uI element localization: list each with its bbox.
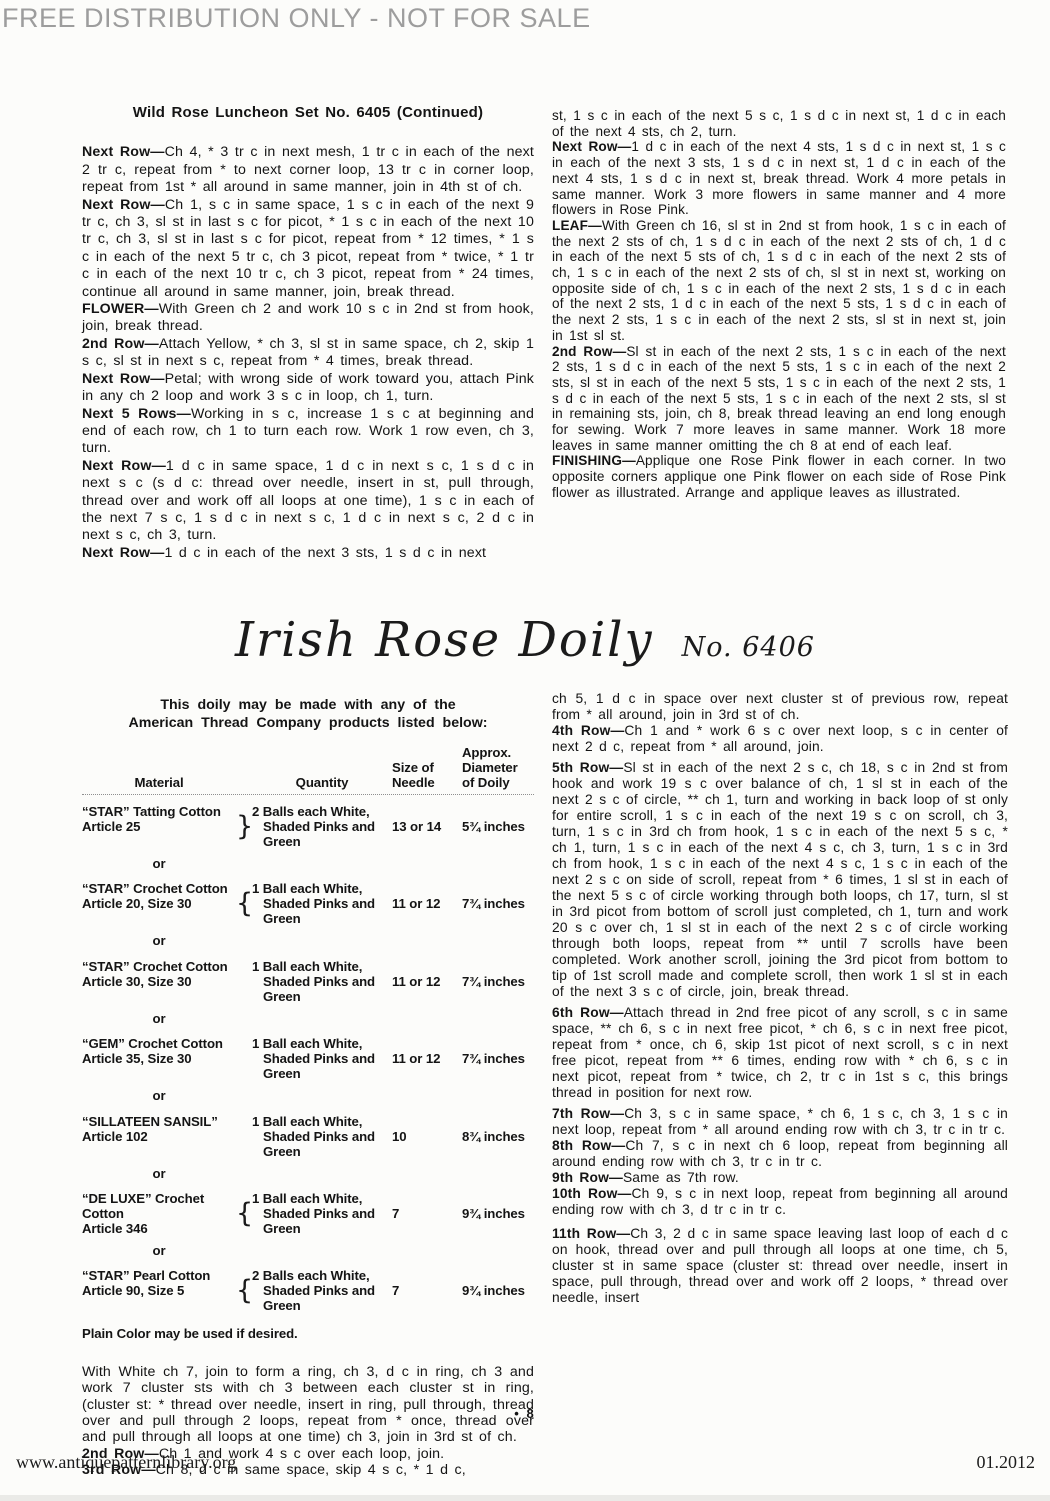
- pattern-paragraph: Next Row—Ch 4, * 3 tr c in next mesh, 1 …: [82, 144, 534, 196]
- pattern-paragraph: Next Row—1 d c in each of the next 3 sts…: [82, 545, 534, 562]
- paragraph-lead: 11th Row—: [552, 1226, 630, 1241]
- pattern-paragraph: 5th Row—Sl st in each of the next 2 s c,…: [552, 760, 1008, 1000]
- or-separator: or: [82, 1166, 236, 1182]
- paragraph-text: Same as 7th row.: [623, 1170, 739, 1185]
- material-cell: “DE LUXE” Crochet CottonArticle 346: [82, 1191, 236, 1236]
- pattern-paragraph: 2nd Row—Sl st in each of the next 2 sts,…: [552, 344, 1006, 454]
- brace-glyph: {: [236, 1199, 252, 1229]
- material-article: Article 35, Size 30: [82, 1051, 236, 1066]
- pattern-paragraph: 10th Row—Ch 9, s c in next loop, repeat …: [552, 1186, 1008, 1218]
- needle-cell: 11 or 12: [392, 974, 462, 989]
- materials-intro-line1: This doily may be made with any of the: [82, 697, 534, 715]
- brace-glyph: {: [236, 889, 252, 919]
- needle-cell: 13 or 14: [392, 819, 462, 834]
- quantity-line1: 1 Ball each White,: [252, 1036, 392, 1051]
- quantity-line1: 1 Ball each White,: [252, 1114, 392, 1129]
- material-cell: “STAR” Pearl CottonArticle 90, Size 5: [82, 1268, 236, 1298]
- pattern-paragraph: FLOWER—With Green ch 2 and work 10 s c i…: [82, 301, 534, 336]
- paragraph-text: 1 d c in each of the next 3 sts, 1 s d c…: [164, 545, 486, 561]
- material-name: “STAR” Crochet Cotton: [82, 881, 236, 896]
- paragraph-lead: Next Row—: [82, 458, 166, 474]
- quantity-cell: 1 Ball each White,Shaded Pinks and Green: [252, 959, 392, 1004]
- materials-table: Material Quantity Size of Needle Approx.…: [82, 745, 534, 1313]
- paragraph-lead: 10th Row—: [552, 1186, 631, 1201]
- pattern-paragraph: Next Row—1 d c in same space, 1 d c in n…: [82, 458, 534, 545]
- quantity-line1: 1 Ball each White,: [252, 959, 392, 974]
- material-name: “STAR” Crochet Cotton: [82, 959, 236, 974]
- paragraph-text: st, 1 s c in each of the next 5 s c, 1 s…: [552, 108, 1006, 139]
- paragraph-text: With White ch 7, join to form a ring, ch…: [82, 1364, 534, 1446]
- diameter-header-line1: Approx.: [462, 745, 534, 760]
- brace-glyph: }: [236, 812, 252, 842]
- paragraph-lead: 6th Row—: [552, 1005, 624, 1020]
- material-article: Article 25: [82, 819, 236, 834]
- material-name: “SILLATEEN SANSIL”: [82, 1114, 236, 1129]
- paragraph-lead: Next Row—: [82, 144, 165, 160]
- column-header-material: Material: [82, 775, 236, 790]
- quantity-cell: 2 Balls each White,Shaded Pinks and Gree…: [252, 1268, 392, 1313]
- column-header-needle: Size of Needle: [392, 760, 462, 790]
- material-name: “STAR” Tatting Cotton: [82, 804, 236, 819]
- pattern-paragraph: 7th Row—Ch 3, s c in same space, * ch 6,…: [552, 1106, 1008, 1138]
- or-separator: or: [82, 1088, 236, 1104]
- diameter-header-line3: of Doily: [462, 775, 534, 790]
- quantity-line2: Shaded Pinks and Green: [252, 1051, 392, 1081]
- scan-bottom-edge: [0, 1495, 1050, 1501]
- quantity-cell: 1 Ball each White,Shaded Pinks and Green: [252, 1036, 392, 1081]
- paragraph-text: With Green ch 16, sl st in 2nd st from h…: [552, 218, 1006, 343]
- quantity-line2: Shaded Pinks and Green: [252, 974, 392, 1004]
- needle-cell: 7: [392, 1283, 462, 1298]
- needle-cell: 11 or 12: [392, 1051, 462, 1066]
- material-name: “DE LUXE” Crochet Cotton: [82, 1191, 236, 1221]
- column-right-6406: ch 5, 1 d c in space over next cluster s…: [552, 691, 1008, 1306]
- paragraph-lead: 4th Row—: [552, 723, 624, 738]
- pattern-paragraph: 8th Row—Ch 7, s c in next ch 6 loop, rep…: [552, 1138, 1008, 1170]
- or-separator: or: [82, 1011, 236, 1027]
- pattern-paragraph: 4th Row—Ch 1 and * work 6 s c over next …: [552, 723, 1008, 755]
- paragraph-text: Sl st in each of the next 2 sts, 1 s c i…: [552, 344, 1006, 453]
- or-separator: or: [82, 1243, 236, 1259]
- quantity-line2: Shaded Pinks and Green: [252, 896, 392, 926]
- table-row: “SILLATEEN SANSIL”Article 102 1 Ball eac…: [82, 1114, 534, 1159]
- material-article: Article 30, Size 30: [82, 974, 236, 989]
- paragraph-lead: Next Row—: [82, 545, 164, 561]
- table-row: “DE LUXE” Crochet CottonArticle 346 { 1 …: [82, 1191, 534, 1236]
- material-article: Article 102: [82, 1129, 236, 1144]
- material-article: Article 20, Size 30: [82, 896, 236, 911]
- paragraph-lead: 2nd Row—: [82, 336, 159, 352]
- quantity-cell: 1 Ball each White,Shaded Pinks and Green: [252, 1114, 392, 1159]
- paragraph-lead: 2nd Row—: [552, 344, 626, 359]
- table-row: “STAR” Pearl CottonArticle 90, Size 5 { …: [82, 1268, 534, 1313]
- diameter-cell: 8¾ inches: [462, 1129, 534, 1144]
- pattern-paragraph: 2nd Row—Attach Yellow, * ch 3, sl st in …: [82, 336, 534, 371]
- pattern-paragraph: FINISHING—Applique one Rose Pink flower …: [552, 453, 1006, 500]
- paragraph-lead: 5th Row—: [552, 760, 623, 775]
- material-cell: “SILLATEEN SANSIL”Article 102: [82, 1114, 236, 1144]
- pattern-paragraph: With White ch 7, join to form a ring, ch…: [82, 1364, 534, 1446]
- column-header-quantity: Quantity: [252, 775, 392, 790]
- quantity-line2: Shaded Pinks and Green: [252, 819, 392, 849]
- quantity-cell: 1 Ball each White,Shaded Pinks and Green: [252, 881, 392, 926]
- column-left-6406: This doily may be made with any of the A…: [82, 697, 534, 1479]
- page-number: • 8: [0, 1406, 1050, 1421]
- footer-site-url: www.antiquepatternlibrary.org: [16, 1452, 236, 1473]
- paragraph-lead: Next Row—: [82, 197, 165, 213]
- material-cell: “STAR” Crochet CottonArticle 30, Size 30: [82, 959, 236, 989]
- material-cell: “STAR” Tatting CottonArticle 25: [82, 804, 236, 834]
- pattern-paragraph: Next Row—Petal; with wrong side of work …: [82, 371, 534, 406]
- diameter-header-line2: Diameter: [462, 760, 534, 775]
- paragraph-lead: 7th Row—: [552, 1106, 624, 1121]
- pattern-paragraph: 9th Row—Same as 7th row.: [552, 1170, 1008, 1186]
- quantity-line2: Shaded Pinks and Green: [252, 1129, 392, 1159]
- quantity-cell: 2 Balls each White,Shaded Pinks and Gree…: [252, 804, 392, 849]
- pattern-paragraph: Next Row—Ch 1, s c in same space, 1 s c …: [82, 197, 534, 301]
- quantity-line1: 1 Ball each White,: [252, 1191, 392, 1206]
- diameter-cell: 7¾ inches: [462, 974, 534, 989]
- needle-cell: 10: [392, 1129, 462, 1144]
- paragraph-lead: FINISHING—: [552, 453, 636, 468]
- paragraph-lead: Next Row—: [82, 371, 165, 387]
- doily-title-script: Irish Rose Doily: [235, 612, 654, 668]
- paragraph-lead: 8th Row—: [552, 1138, 625, 1153]
- table-row: “GEM” Crochet CottonArticle 35, Size 30 …: [82, 1036, 534, 1081]
- diameter-cell: 7¾ inches: [462, 896, 534, 911]
- material-cell: “STAR” Crochet CottonArticle 20, Size 30: [82, 881, 236, 911]
- quantity-line1: 1 Ball each White,: [252, 881, 392, 896]
- quantity-line2: Shaded Pinks and Green: [252, 1206, 392, 1236]
- material-cell: “GEM” Crochet CottonArticle 35, Size 30: [82, 1036, 236, 1066]
- needle-cell: 11 or 12: [392, 896, 462, 911]
- paragraph-lead: 9th Row—: [552, 1170, 623, 1185]
- diameter-cell: 9¾ inches: [462, 1283, 534, 1298]
- needle-cell: 7: [392, 1206, 462, 1221]
- quantity-cell: 1 Ball each White,Shaded Pinks and Green: [252, 1191, 392, 1236]
- materials-intro-line2: American Thread Company products listed …: [82, 715, 534, 733]
- quantity-line1: 2 Balls each White,: [252, 1268, 392, 1283]
- pattern-paragraph: ch 5, 1 d c in space over next cluster s…: [552, 691, 1008, 723]
- pattern-paragraph: Next Row—1 d c in each of the next 4 sts…: [552, 139, 1006, 218]
- section-title-6406: Irish Rose DoilyNo. 6406: [0, 612, 1050, 668]
- quantity-line1: 2 Balls each White,: [252, 804, 392, 819]
- pattern-paragraph: st, 1 s c in each of the next 5 s c, 1 s…: [552, 108, 1006, 139]
- paragraph-text: Sl st in each of the next 2 s c, ch 18, …: [552, 760, 1008, 999]
- quantity-line2: Shaded Pinks and Green: [252, 1283, 392, 1313]
- brace-glyph: {: [236, 1276, 252, 1306]
- pattern-paragraph: Next 5 Rows—Working in s c, increase 1 s…: [82, 406, 534, 458]
- footer-date: 01.2012: [977, 1452, 1036, 1473]
- table-header: Material Quantity Size of Needle Approx.…: [82, 745, 534, 795]
- or-separator: or: [82, 856, 236, 872]
- column-left-6405: Wild Rose Luncheon Set No. 6405 (Continu…: [82, 104, 534, 562]
- paragraph-lead: Next Row—: [552, 139, 631, 154]
- table-row: “STAR” Crochet CottonArticle 30, Size 30…: [82, 959, 534, 1004]
- or-separator: or: [82, 933, 236, 949]
- distribution-banner: FREE DISTRIBUTION ONLY - NOT FOR SALE: [2, 3, 591, 34]
- column-header-diameter: Approx. Diameter of Doily: [462, 745, 534, 790]
- table-row: “STAR” Tatting CottonArticle 25 } 2 Ball…: [82, 804, 534, 849]
- paragraph-lead: FLOWER—: [82, 301, 159, 317]
- material-article: Article 346: [82, 1221, 236, 1236]
- material-name: “STAR” Pearl Cotton: [82, 1268, 236, 1283]
- needle-header-line1: Size of: [392, 760, 462, 775]
- section-title-6405: Wild Rose Luncheon Set No. 6405 (Continu…: [82, 104, 534, 121]
- paragraph-text: ch 5, 1 d c in space over next cluster s…: [552, 691, 1008, 722]
- paragraph-lead: LEAF—: [552, 218, 602, 233]
- diameter-cell: 5¾ inches: [462, 819, 534, 834]
- table-row: “STAR” Crochet CottonArticle 20, Size 30…: [82, 881, 534, 926]
- plain-color-note: Plain Color may be used if desired.: [82, 1326, 534, 1342]
- materials-intro: This doily may be made with any of the A…: [82, 697, 534, 732]
- column-right-6405: st, 1 s c in each of the next 5 s c, 1 s…: [552, 108, 1006, 501]
- material-article: Article 90, Size 5: [82, 1283, 236, 1298]
- needle-header-line2: Needle: [392, 775, 462, 790]
- material-name: “GEM” Crochet Cotton: [82, 1036, 236, 1051]
- paragraph-lead: Next 5 Rows—: [82, 406, 191, 422]
- diameter-cell: 9¾ inches: [462, 1206, 534, 1221]
- pattern-paragraph: LEAF—With Green ch 16, sl st in 2nd st f…: [552, 218, 1006, 344]
- diameter-cell: 7¾ inches: [462, 1051, 534, 1066]
- pattern-paragraph: 6th Row—Attach thread in 2nd free picot …: [552, 1005, 1008, 1101]
- pattern-paragraph: 11th Row—Ch 3, 2 d c in same space leavi…: [552, 1226, 1008, 1306]
- doily-title-number: No. 6406: [682, 632, 815, 663]
